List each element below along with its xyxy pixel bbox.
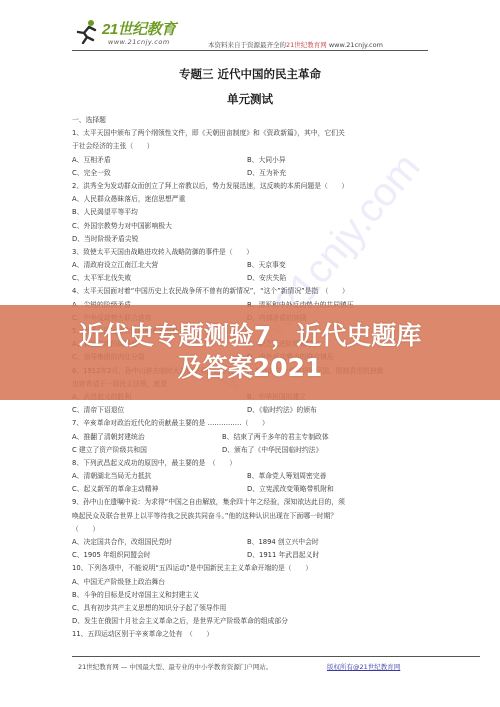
answer-option: B、天京事变 <box>247 259 432 272</box>
option-row: C、太平军北伐失败D、安庆失陷 <box>72 272 432 285</box>
runner-logo-icon <box>74 18 100 44</box>
answer-option: C、1905 年组织同盟会时 <box>72 549 247 562</box>
answer-option: A、人民群众愚昧落后，迷信思想严重 <box>72 193 432 206</box>
question-stem: （ ） <box>72 523 432 536</box>
answer-option: D、《临时约法》的颁布 <box>247 404 432 417</box>
option-row: A、清政府设立江南江北大营B、天京事变 <box>72 259 432 272</box>
answer-option: D、1911 年武昌起义时 <box>247 549 432 562</box>
answer-option: A、清政府设立江南江北大营 <box>72 259 247 272</box>
copyright-link[interactable]: 版权所有@21世纪教育网 <box>327 662 400 671</box>
document-subtitle: 单元测试 <box>0 91 500 107</box>
answer-option: B、结束了两千多年的君主专制政体 <box>222 431 432 444</box>
answer-option: B、革命党人筹划周密完善 <box>247 470 432 483</box>
option-row: A、互相矛盾B、大同小异 <box>72 154 432 167</box>
question-stem: 1、太平天国中颁布了两个纲领性文件，即《天朝田亩制度》和《资政新篇》，其中，它们… <box>72 127 432 140</box>
page-header: 21世纪教育 www.21cnjy.com 本资料来自于资源最齐全的21世纪教育… <box>72 12 428 52</box>
answer-option: A、决定国共合作，改组国民党时 <box>72 536 247 549</box>
option-row: A、推翻了清朝封建统治B、结束了两千多年的君主专制政体 <box>72 431 432 444</box>
question-stem: 3、致使太平天国由战略进攻转入战略防御的事件是（ ） <box>72 246 432 259</box>
answer-option: A、清朝湖北当局无力抵抗 <box>72 470 247 483</box>
question-stem: 唤起民众及联合世界上以平等待我之民族共同奋斗。”他的这种认识出现在下面哪一时期？ <box>72 510 432 523</box>
answer-option: A、中国无产阶级登上政治舞台 <box>72 576 432 589</box>
logo-text: 21世纪教育 <box>102 18 176 39</box>
option-row: C 建立了资产阶级共和国D、颁布了《中华民国临时约法》 <box>72 444 432 457</box>
question-stem: 4、太平天国面对着“中国历史上农民战争所不曾有的新情况”，“这个”新情况”是指 … <box>72 285 432 298</box>
answer-option: D、发生在俄国十月社会主义革命之后，是世界无产阶级革命的组成部分 <box>72 615 432 628</box>
answer-option: C、起义新军的革命主动精神 <box>72 483 247 496</box>
tagline-prefix: 本资料来自于资源最齐全的 <box>208 41 286 49</box>
answer-option: D、互为补充 <box>247 167 432 180</box>
answer-option: B、人民渴望平等平均 <box>72 206 432 219</box>
answer-option: C、清帝下诏退位 <box>72 404 247 417</box>
tagline-url[interactable]: www.21cnjy.com <box>327 41 383 49</box>
question-stem: 9、孙中山在遗嘱中说：为求得“中国之自由解放，集余四十年之经验，深知欲达此目的，… <box>72 496 432 509</box>
header-tagline: 本资料来自于资源最齐全的21世纪教育网 www.21cnjy.com <box>208 40 383 49</box>
answer-option: C、外国宗教势力对中国影响极大 <box>72 220 432 233</box>
question-stem: 于社会经济的主张（ ） <box>72 140 432 153</box>
option-row: C、清帝下诏退位D、《临时约法》的颁布 <box>72 404 432 417</box>
answer-option: D、颁布了《中华民国临时约法》 <box>222 444 432 457</box>
footer-text: 21世纪教育网 — 中国最大型、最专业的中小学教育资源门户网站。 <box>78 662 272 671</box>
option-row: C、完全一致D、互为补充 <box>72 167 432 180</box>
site-logo[interactable]: 21世纪教育 www.21cnjy.com <box>72 14 188 48</box>
option-row: C、1905 年组织同盟会时D、1911 年武昌起义时 <box>72 549 432 562</box>
answer-option: D、安庆失陷 <box>247 272 432 285</box>
banner-title-line-2: 及答案2021 <box>0 352 500 384</box>
document-page: 21世纪教育 www.21cnjy.com 本资料来自于资源最齐全的21世纪教育… <box>0 0 500 707</box>
question-stem: 7、辛亥革命对政治近代化的贡献最主要的是 ……………（ ） <box>72 417 432 430</box>
answer-option: D、立宪派改变策略带机附和 <box>247 483 432 496</box>
option-row: A、决定国共合作，改组国民党时B、1894 创立兴中会时 <box>72 536 432 549</box>
answer-option: C、具有初步共产主义思想的知识分子起了领导作用 <box>72 602 432 615</box>
answer-option: B、大同小异 <box>247 154 432 167</box>
banner-title-line-1: 近代史专题测验7，近代史题库 <box>0 320 500 352</box>
option-row: C、起义新军的革命主动精神D、立宪派改变策略带机附和 <box>72 483 432 496</box>
answer-option: C 建立了资产阶级共和国 <box>72 444 222 457</box>
header-divider <box>72 50 428 51</box>
question-stem: 10、下列各项中，不能说明“五四运动”是中国新民主主义革命开端的是（ ） <box>72 562 432 575</box>
document-title: 专题三 近代中国的民主革命 <box>0 66 500 82</box>
answer-option: C、完全一致 <box>72 167 247 180</box>
banner-title: 近代史专题测验7，近代史题库 及答案2021 <box>0 305 500 384</box>
answer-option: D、当时阶级矛盾尖锐 <box>72 233 432 246</box>
question-stem: 11、五四运动区别于辛亥革命之处有 （ ） <box>72 628 432 641</box>
logo-url: www.21cnjy.com <box>108 38 170 46</box>
question-stem: 8、下列武昌起义成功的原因中，最主要的是 （ ） <box>72 457 432 470</box>
answer-option: C、太平军北伐失败 <box>72 272 247 285</box>
question-stem: 2、洪秀全为发动群众而创立了拜上帝教以后，势力发展迅速，这反映的本质问题是（ ） <box>72 180 432 193</box>
tagline-brand[interactable]: 21世纪教育网 <box>286 41 327 49</box>
answer-option: A、互相矛盾 <box>72 154 247 167</box>
answer-option: B、斗争的目标是反对帝国主义和封建主义 <box>72 589 432 602</box>
answer-option: B、1894 创立兴中会时 <box>247 536 432 549</box>
option-row: A、清朝湖北当局无力抵抗B、革命党人筹划周密完善 <box>72 470 432 483</box>
title-banner: 近代史专题测验7，近代史题库 及答案2021 <box>0 305 500 400</box>
section-heading: 一、选择题 <box>72 114 432 127</box>
answer-option: A、推翻了清朝封建统治 <box>72 431 222 444</box>
footer-divider <box>72 656 480 657</box>
